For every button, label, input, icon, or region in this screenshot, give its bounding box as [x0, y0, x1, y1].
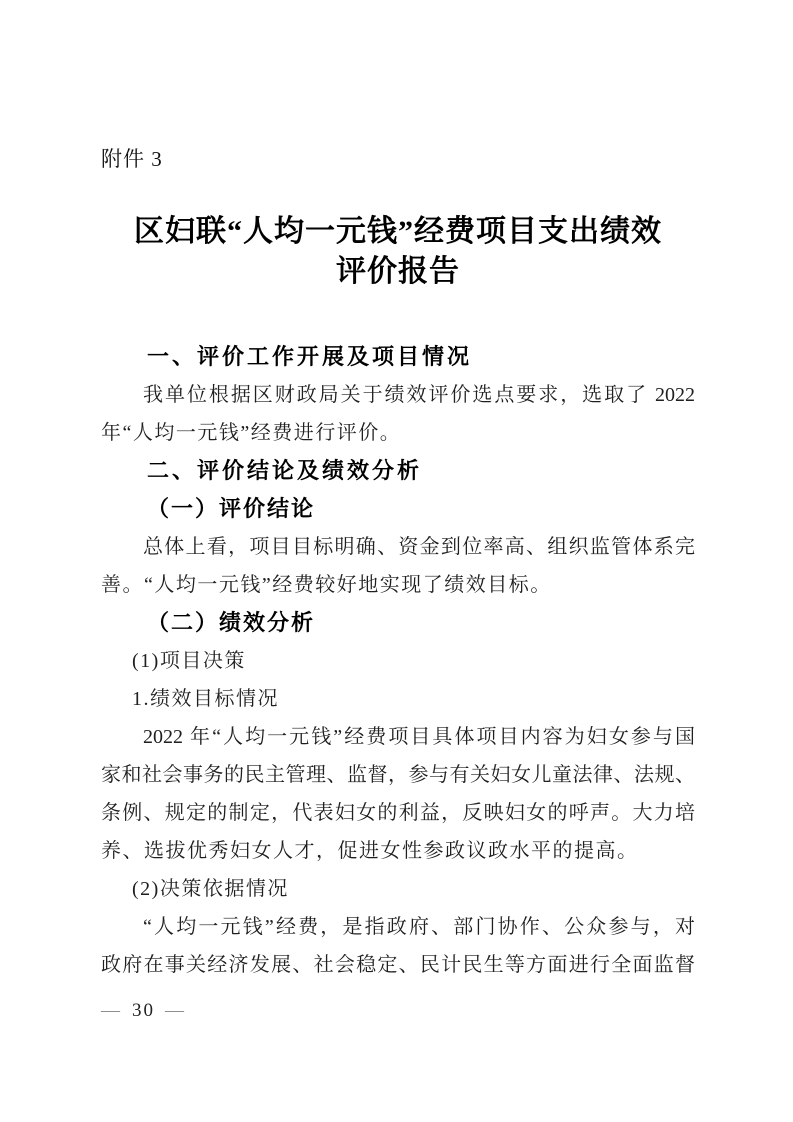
footer-page-number: 30	[122, 1000, 165, 1021]
section-heading-1: 一、评价工作开展及项目情况	[101, 338, 695, 376]
document-body: 一、评价工作开展及项目情况 我单位根据区财政局关于绩效评价选点要求，选取了 20…	[101, 338, 695, 984]
text-line: 条例、规定的制定，代表妇女的利益，反映妇女的呼声。大力培	[101, 794, 695, 832]
text-line: 养、选拔优秀妇女人才，促进女性参政议政水平的提高。	[101, 832, 695, 870]
footer-dash-right: —	[165, 1000, 186, 1021]
text-line: 我单位根据区财政局关于绩效评价选点要求，选取了 2022	[101, 376, 695, 414]
text-line: 善。“人均一元钱”经费较好地实现了绩效目标。	[101, 566, 695, 604]
document-title: 区妇联“人均一元钱”经费项目支出绩效 评价报告	[101, 212, 695, 292]
text-line: 政府在事关经济发展、社会稳定、民计民生等方面进行全面监督	[101, 946, 695, 984]
paragraph-4: “人均一元钱”经费，是指政府、部门协作、公众参与，对 政府在事关经济发展、社会稳…	[101, 908, 695, 984]
title-line-2: 评价报告	[101, 252, 695, 292]
text-line: 家和社会事务的民主管理、监督，参与有关妇女儿童法律、法规、	[101, 756, 695, 794]
list-item-heading-1: (1)项目决策	[101, 642, 695, 680]
subsection-heading-2: （二）绩效分析	[101, 604, 695, 642]
page-footer: —30—	[101, 1000, 695, 1022]
paragraph-1: 我单位根据区财政局关于绩效评价选点要求，选取了 2022 年“人均一元钱”经费进…	[101, 376, 695, 452]
list-item-heading-2: (2)决策依据情况	[101, 870, 695, 908]
section-heading-2: 二、评价结论及绩效分析	[101, 452, 695, 490]
document-page: 附件 3 区妇联“人均一元钱”经费项目支出绩效 评价报告 一、评价工作开展及项目…	[0, 0, 793, 1122]
paragraph-3: 2022 年“人均一元钱”经费项目具体项目内容为妇女参与国 家和社会事务的民主管…	[101, 718, 695, 870]
subsection-heading-1: （一）评价结论	[101, 490, 695, 528]
paragraph-2: 总体上看，项目目标明确、资金到位率高、组织监管体系完 善。“人均一元钱”经费较好…	[101, 528, 695, 604]
text-line: 2022 年“人均一元钱”经费项目具体项目内容为妇女参与国	[101, 718, 695, 756]
text-line: 总体上看，项目目标明确、资金到位率高、组织监管体系完	[101, 528, 695, 566]
list-item-subheading-1: 1.绩效目标情况	[101, 680, 695, 718]
footer-dash-left: —	[101, 1000, 122, 1021]
text-line: 年“人均一元钱”经费进行评价。	[101, 414, 695, 452]
attachment-label: 附件 3	[101, 145, 695, 173]
text-line: “人均一元钱”经费，是指政府、部门协作、公众参与，对	[101, 908, 695, 946]
document-content: 附件 3 区妇联“人均一元钱”经费项目支出绩效 评价报告 一、评价工作开展及项目…	[0, 145, 793, 1022]
title-line-1: 区妇联“人均一元钱”经费项目支出绩效	[101, 212, 695, 252]
